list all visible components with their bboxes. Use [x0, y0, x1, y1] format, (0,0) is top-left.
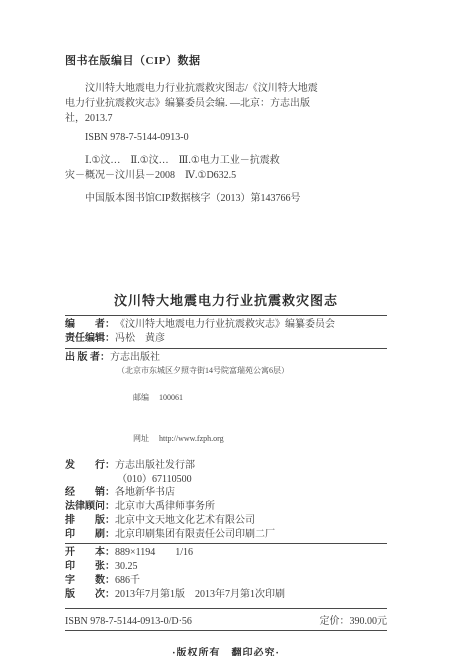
cip-description-line: 汶川特大地震电力行业抗震救灾图志/《汶川特大地震 [65, 81, 387, 96]
editor-label: 编 者： [65, 318, 115, 332]
website-value: http://www.fzph.org [159, 434, 224, 443]
publisher-address: （北京市东城区夕照寺街14号院富瑞苑公寓6层） [117, 364, 387, 378]
postcode-value: 100061 [159, 393, 183, 402]
legal-counsel-value: 北京市大禹律师事务所 [115, 500, 215, 514]
legal-counsel-label: 法律顾问： [65, 500, 115, 514]
typesetting-label: 排 版： [65, 514, 115, 528]
publisher-label: 出 版 者： [65, 351, 110, 365]
price: 定价：390.00元 [320, 612, 388, 627]
publisher-row: 出 版 者： 方志出版社 [65, 351, 387, 365]
copyright-notice: ·版权所有 翻印必究· [65, 644, 387, 656]
publisher-website-line: 网址http://www.fzph.org [117, 418, 387, 459]
cip-record-number: 中国版本图书馆CIP数据核字（2013）第143766号 [65, 189, 387, 204]
cip-description-line: 电力行业抗震救灾志》编纂委员会编. —北京：方志出版 [65, 96, 387, 111]
distributor-phone: （010）67110500 [117, 473, 387, 487]
distributor-row: 发 行： 方志出版社发行部 [65, 459, 387, 473]
seller-value: 各地新华书店 [115, 486, 175, 500]
website-label: 网址 [133, 434, 149, 443]
format-value: 889×1194 1/16 [115, 546, 193, 560]
editor-row: 编 者： 《汶川特大地震电力行业抗震救灾志》编纂委员会 [65, 318, 387, 332]
managing-editor-label: 责任编辑： [65, 332, 115, 346]
distributor-value: 方志出版社发行部 [115, 459, 195, 473]
isbn-number: ISBN 978-7-5144-0913-0/D·56 [65, 616, 192, 627]
edition-label: 版 次： [65, 588, 115, 602]
cip-header: 图书在版编目（CIP）数据 [65, 52, 387, 68]
distributor-label: 发 行： [65, 459, 115, 473]
sheets-label: 印 张： [65, 560, 115, 574]
legal-counsel-row: 法律顾问： 北京市大禹律师事务所 [65, 500, 387, 514]
printing-value: 北京印刷集团有限责任公司印刷二厂 [115, 528, 275, 542]
sheets-value: 30.25 [115, 560, 138, 574]
typesetting-row: 排 版： 北京中文天地文化艺术有限公司 [65, 514, 387, 528]
cip-classification-line: Ⅰ.①汶… Ⅱ.①汶… Ⅲ.①电力工业－抗震救 [65, 153, 387, 168]
seller-row: 经 销： 各地新华书店 [65, 486, 387, 500]
price-value: 390.00元 [350, 616, 388, 627]
colophon-content: 图书在版编目（CIP）数据 汶川特大地震电力行业抗震救灾图志/《汶川特大地震 电… [65, 52, 387, 656]
publisher-postcode-line: 邮编100061 [117, 378, 387, 419]
book-title: 汶川特大地震电力行业抗震救灾图志 [65, 290, 387, 309]
editor-value: 《汶川特大地震电力行业抗震救灾志》编纂委员会 [115, 318, 335, 332]
publisher-value: 方志出版社 [110, 351, 160, 365]
printing-row: 印 刷： 北京印刷集团有限责任公司印刷二厂 [65, 528, 387, 542]
price-label: 定价： [320, 616, 350, 627]
word-count-label: 字 数： [65, 574, 115, 588]
copyright-page: 图书在版编目（CIP）数据 汶川特大地震电力行业抗震救灾图志/《汶川特大地震 电… [0, 0, 450, 656]
edition-value: 2013年7月第1版 2013年7月第1次印刷 [115, 588, 285, 602]
format-rows: 开 本： 889×1194 1/16 印 张： 30.25 字 数： 686千 … [65, 544, 387, 603]
publisher-rows: 出 版 者： 方志出版社 （北京市东城区夕照寺街14号院富瑞苑公寓6层） 邮编1… [65, 349, 387, 544]
typesetting-value: 北京中文天地文化艺术有限公司 [115, 514, 255, 528]
edition-row: 版 次： 2013年7月第1版 2013年7月第1次印刷 [65, 588, 387, 602]
cip-isbn: ISBN 978-7-5144-0913-0 [65, 132, 387, 143]
sheets-row: 印 张： 30.25 [65, 560, 387, 574]
word-count-value: 686千 [115, 574, 140, 588]
cip-description-line: 社，2013.7 [65, 111, 387, 126]
printing-label: 印 刷： [65, 528, 115, 542]
format-label: 开 本： [65, 546, 115, 560]
postcode-label: 邮编 [133, 393, 149, 402]
cip-classification-line: 灾－概况－汶川县－2008 Ⅳ.①D632.5 [65, 168, 387, 183]
managing-editor-row: 责任编辑： 冯松 黄彦 [65, 332, 387, 346]
format-row: 开 本： 889×1194 1/16 [65, 546, 387, 560]
managing-editor-value: 冯松 黄彦 [115, 332, 165, 346]
cip-description: 汶川特大地震电力行业抗震救灾图志/《汶川特大地震 电力行业抗震救灾志》编纂委员会… [65, 81, 387, 126]
editor-rows: 编 者： 《汶川特大地震电力行业抗震救灾志》编纂委员会 责任编辑： 冯松 黄彦 [65, 316, 387, 348]
seller-label: 经 销： [65, 486, 115, 500]
isbn-price-row: ISBN 978-7-5144-0913-0/D·56 定价：390.00元 [65, 609, 387, 630]
divider [65, 630, 387, 631]
cip-classification: Ⅰ.①汶… Ⅱ.①汶… Ⅲ.①电力工业－抗震救 灾－概况－汶川县－2008 Ⅳ.… [65, 153, 387, 183]
word-count-row: 字 数： 686千 [65, 574, 387, 588]
